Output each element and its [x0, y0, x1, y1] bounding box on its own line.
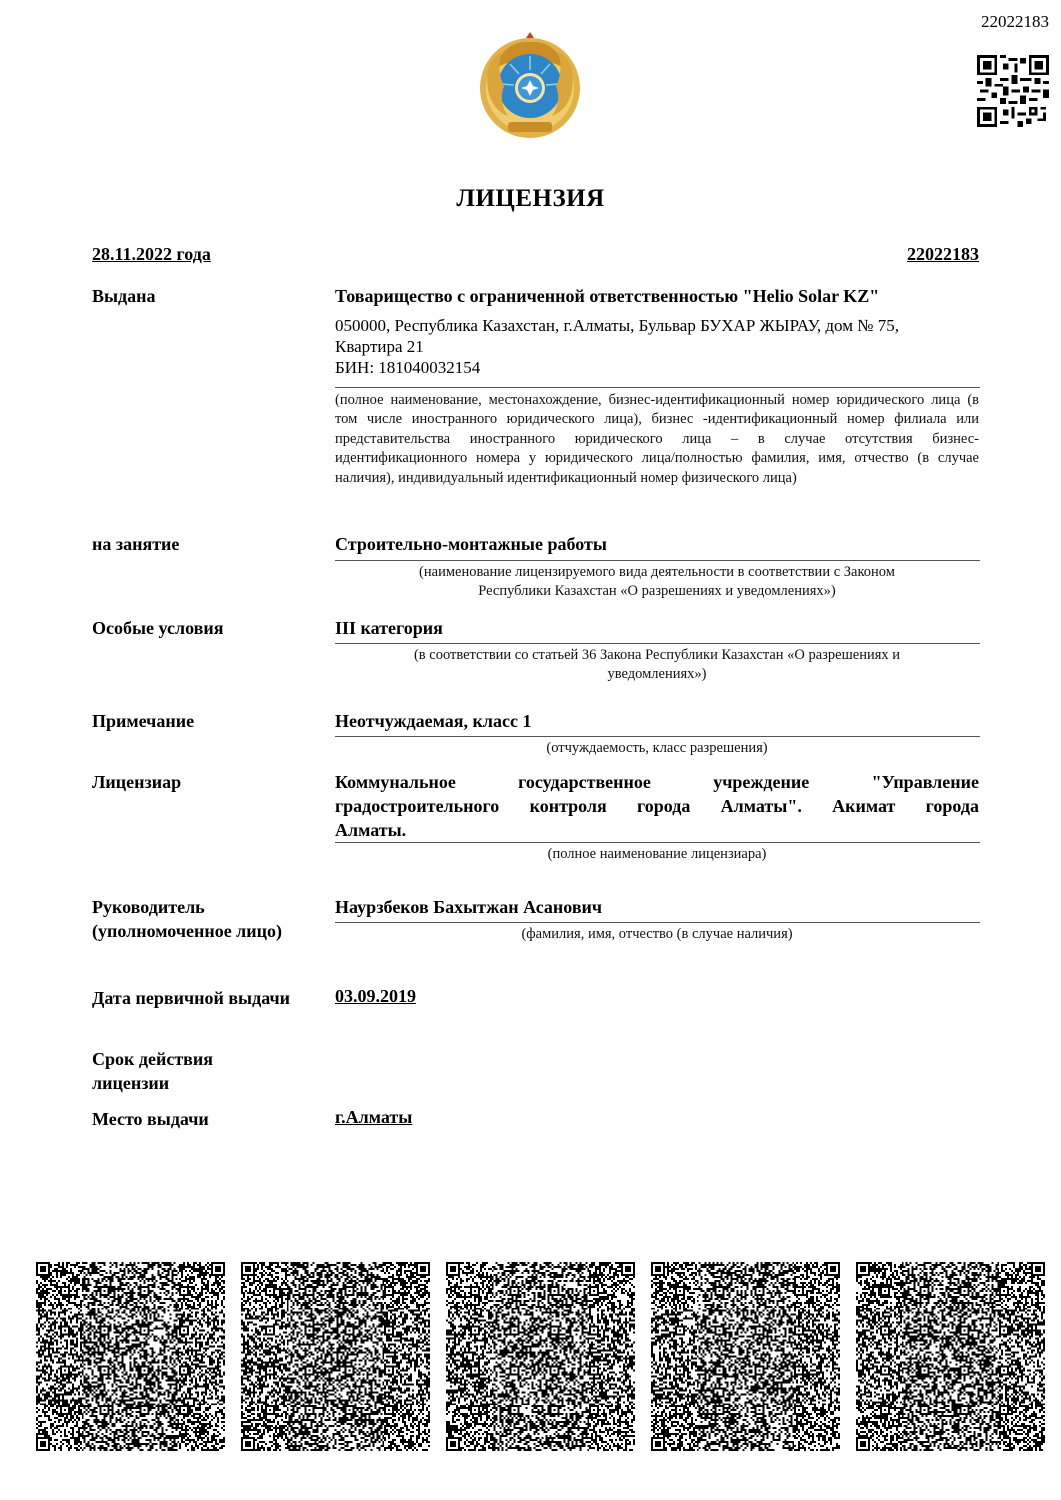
head-value: Наурзбеков Бахытжан Асанович: [335, 895, 979, 919]
licensee-address-line1: 050000, Республика Казахстан, г.Алматы, …: [335, 315, 979, 336]
first-issue-date-label: Дата первичной выдачи: [92, 986, 337, 1010]
activity-value: Строительно-монтажные работы: [335, 532, 979, 556]
special-conditions-rule: [335, 643, 980, 644]
head-label-line1: Руководитель: [92, 895, 327, 919]
footer-qr-code-2-icon: [241, 1262, 430, 1451]
issued-to-rule: [335, 387, 980, 388]
licensor-label: Лицензиар: [92, 770, 327, 794]
activity-hint-line2: Республики Казахстан «О разрешениях и ув…: [335, 582, 979, 601]
issued-to-label: Выдана: [92, 284, 327, 308]
footer-qr-code-3-icon: [446, 1262, 635, 1451]
footer-qr-code-5-icon: [856, 1262, 1045, 1451]
footer-qr-code-4-icon: [651, 1262, 840, 1451]
licensee-name: Товарищество с ограниченной ответственно…: [335, 284, 979, 308]
licensor-line2: градостроительного контроля города Алмат…: [335, 794, 979, 818]
issued-to-hint: (полное наименование, местонахождение, б…: [335, 391, 979, 488]
licensee-address-line2: Квартира 21: [335, 336, 979, 357]
special-conditions-hint-line1: (в соответствии со статьей 36 Закона Рес…: [335, 646, 979, 665]
licensor-hint: (полное наименование лицензиара): [335, 845, 979, 864]
first-issue-date-value: 03.09.2019: [335, 986, 416, 1007]
head-label-line2: (уполномоченное лицо): [92, 919, 327, 943]
special-conditions-label: Особые условия: [92, 616, 327, 640]
licensor-rule: [335, 842, 980, 843]
top-qr-code-icon: [977, 55, 1049, 127]
activity-rule: [335, 560, 980, 561]
activity-label: на занятие: [92, 532, 327, 556]
special-conditions-value: III категория: [335, 616, 979, 640]
place-of-issue-label: Место выдачи: [92, 1107, 327, 1131]
document-title: ЛИЦЕНЗИЯ: [0, 185, 1061, 213]
activity-hint-line1: (наименование лицензируемого вида деятел…: [335, 563, 979, 582]
document-number-top: 22022183: [981, 12, 1049, 32]
note-label: Примечание: [92, 709, 327, 733]
note-value: Неотчуждаемая, класс 1: [335, 709, 979, 733]
licensee-bin: БИН: 181040032154: [335, 357, 979, 378]
validity-label-line1: Срок действия: [92, 1047, 327, 1071]
licensor-line1: Коммунальное государственное учреждение …: [335, 770, 979, 794]
issue-date: 28.11.2022 года: [92, 244, 211, 265]
footer-qr-code-1-icon: [36, 1262, 225, 1451]
place-of-issue-value: г.Алматы: [335, 1107, 412, 1128]
license-number: 22022183: [907, 244, 979, 265]
state-emblem-icon: [474, 30, 586, 142]
note-hint: (отчуждаемость, класс разрешения): [335, 739, 979, 758]
note-rule: [335, 736, 980, 737]
head-hint: (фамилия, имя, отчество (в случае наличи…: [335, 925, 979, 944]
validity-label-line2: лицензии: [92, 1071, 327, 1095]
licensor-line3: Алматы.: [335, 818, 979, 842]
special-conditions-hint-line2: уведомлениях»): [335, 665, 979, 684]
head-rule: [335, 922, 980, 923]
